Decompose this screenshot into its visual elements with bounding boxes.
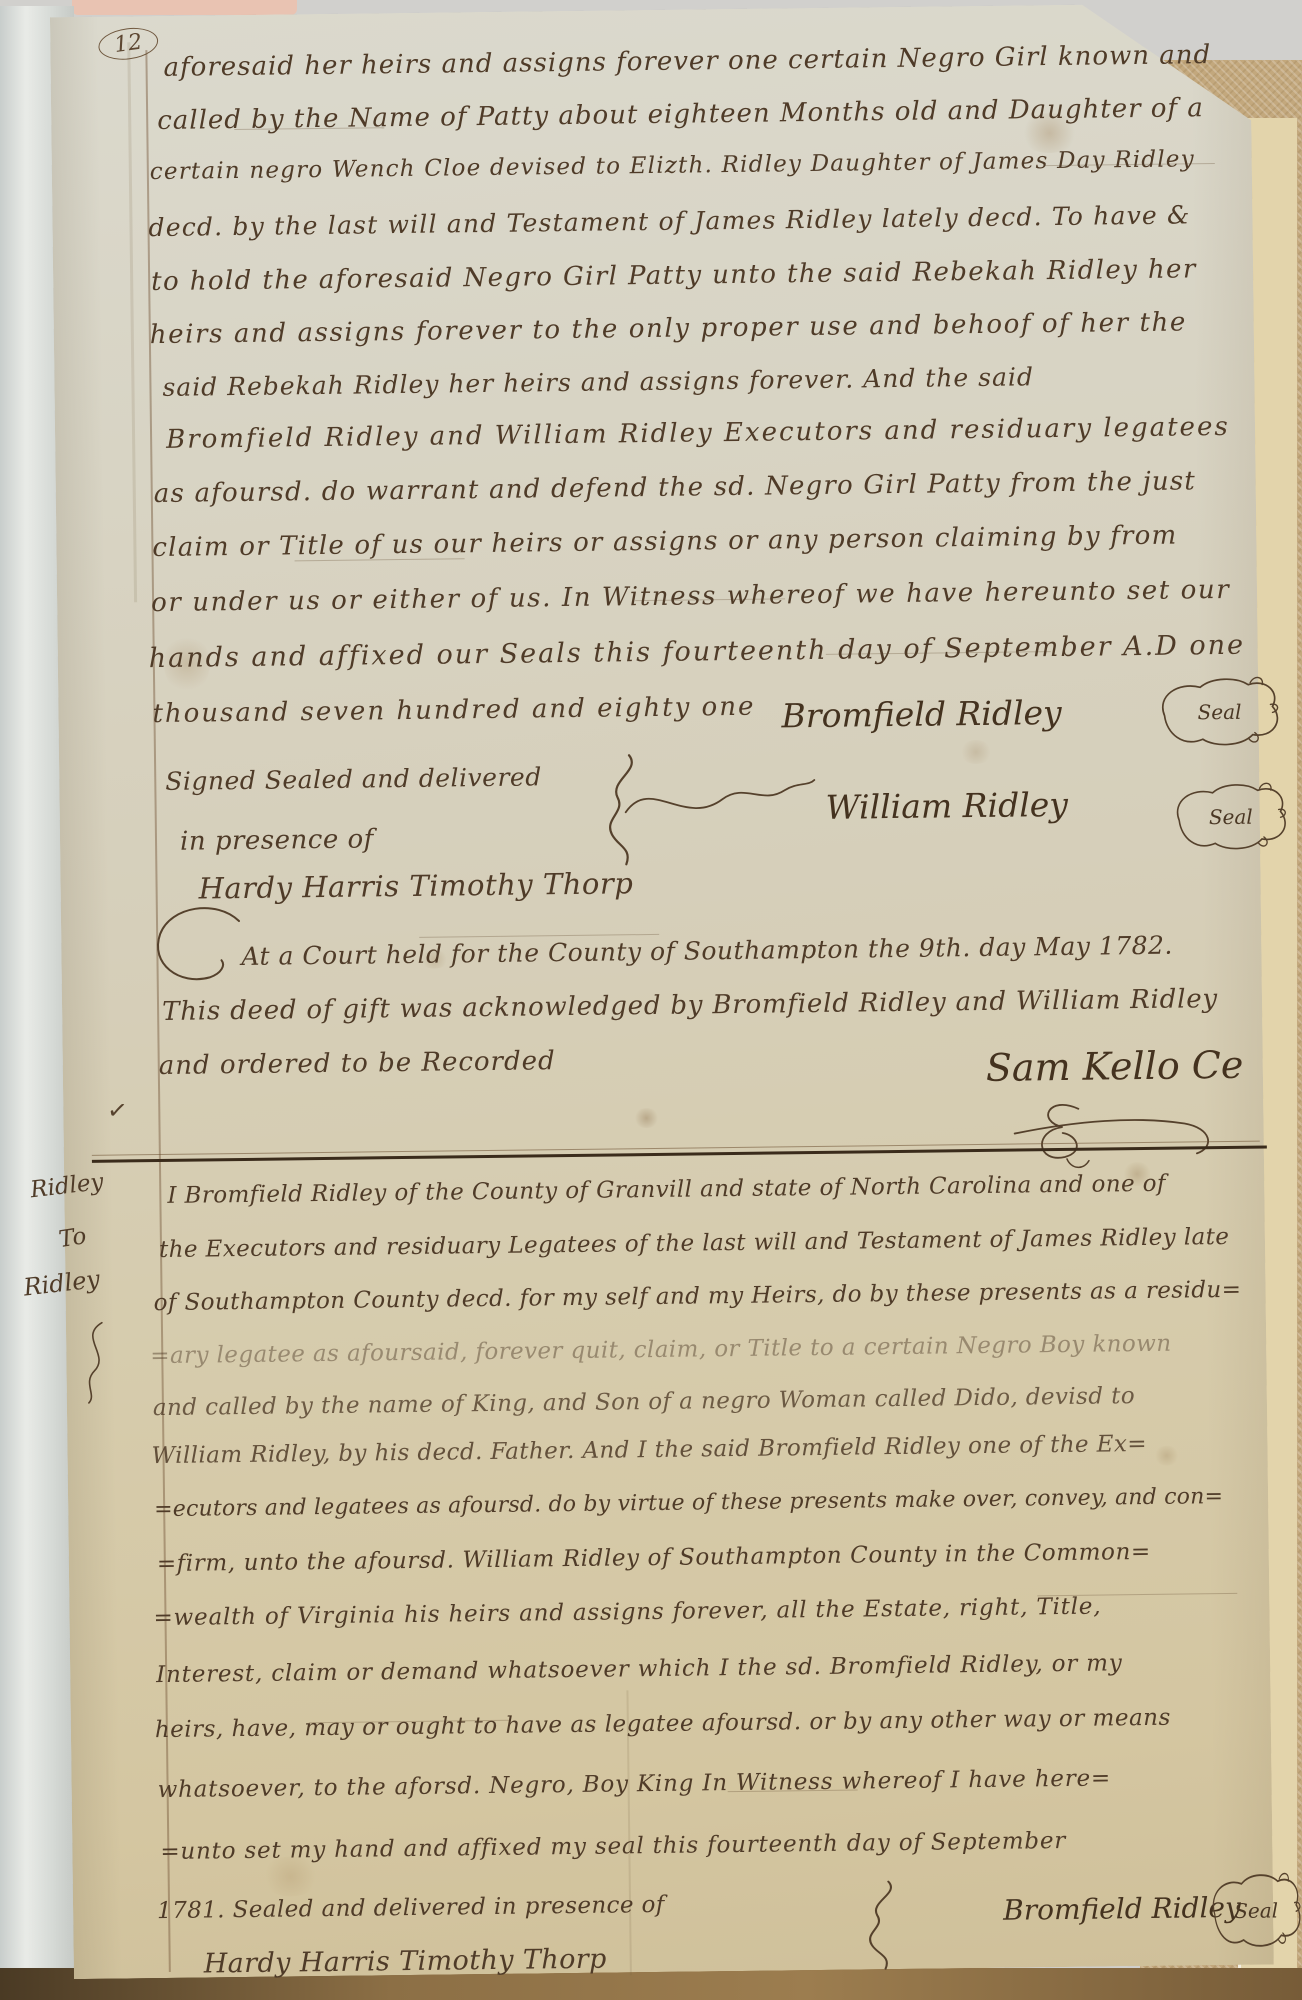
signature-william-ridley: William Ridley — [825, 787, 1068, 826]
margin-flourish-icon — [62, 1319, 118, 1408]
signature-bromfield-ridley: Bromfield Ridley — [781, 695, 1062, 735]
page-layer: 12 aforesaid her heirs and assigns forev… — [0, 0, 1302, 2000]
attestation-signed-line: Signed Sealed and delivered — [165, 763, 542, 795]
seal-bromfield-ridley: Seal — [1154, 674, 1285, 750]
capital-c-flourish-icon — [151, 905, 247, 986]
signature-bromfield-ridley: Bromfield Ridley — [1003, 1893, 1241, 1927]
seal-label: Seal — [1207, 1870, 1302, 1951]
clerk-signature: Sam Kello Ce — [986, 1045, 1244, 1090]
check-mark: ✓ — [106, 1095, 130, 1125]
attestation-presence-line: in presence of — [180, 825, 374, 856]
pen-swash-icon — [622, 770, 818, 827]
deed2-witnesses: Hardy Harris Timothy Thorp — [204, 1945, 607, 1980]
seal-bromfield-ridley: Seal — [1207, 1870, 1302, 1951]
margin-note-connector: To — [57, 1223, 88, 1253]
manuscript-photo: 12 aforesaid her heirs and assigns forev… — [0, 0, 1302, 2000]
court-record-line: and ordered to be Recorded — [159, 1047, 556, 1080]
seal-william-ridley: Seal — [1169, 780, 1292, 853]
seal-label: Seal — [1154, 674, 1285, 750]
deed1-witnesses: Hardy Harris Timothy Thorp — [198, 868, 633, 905]
seal-label: Seal — [1169, 780, 1292, 853]
bracket-flourish-icon — [856, 1879, 901, 1972]
